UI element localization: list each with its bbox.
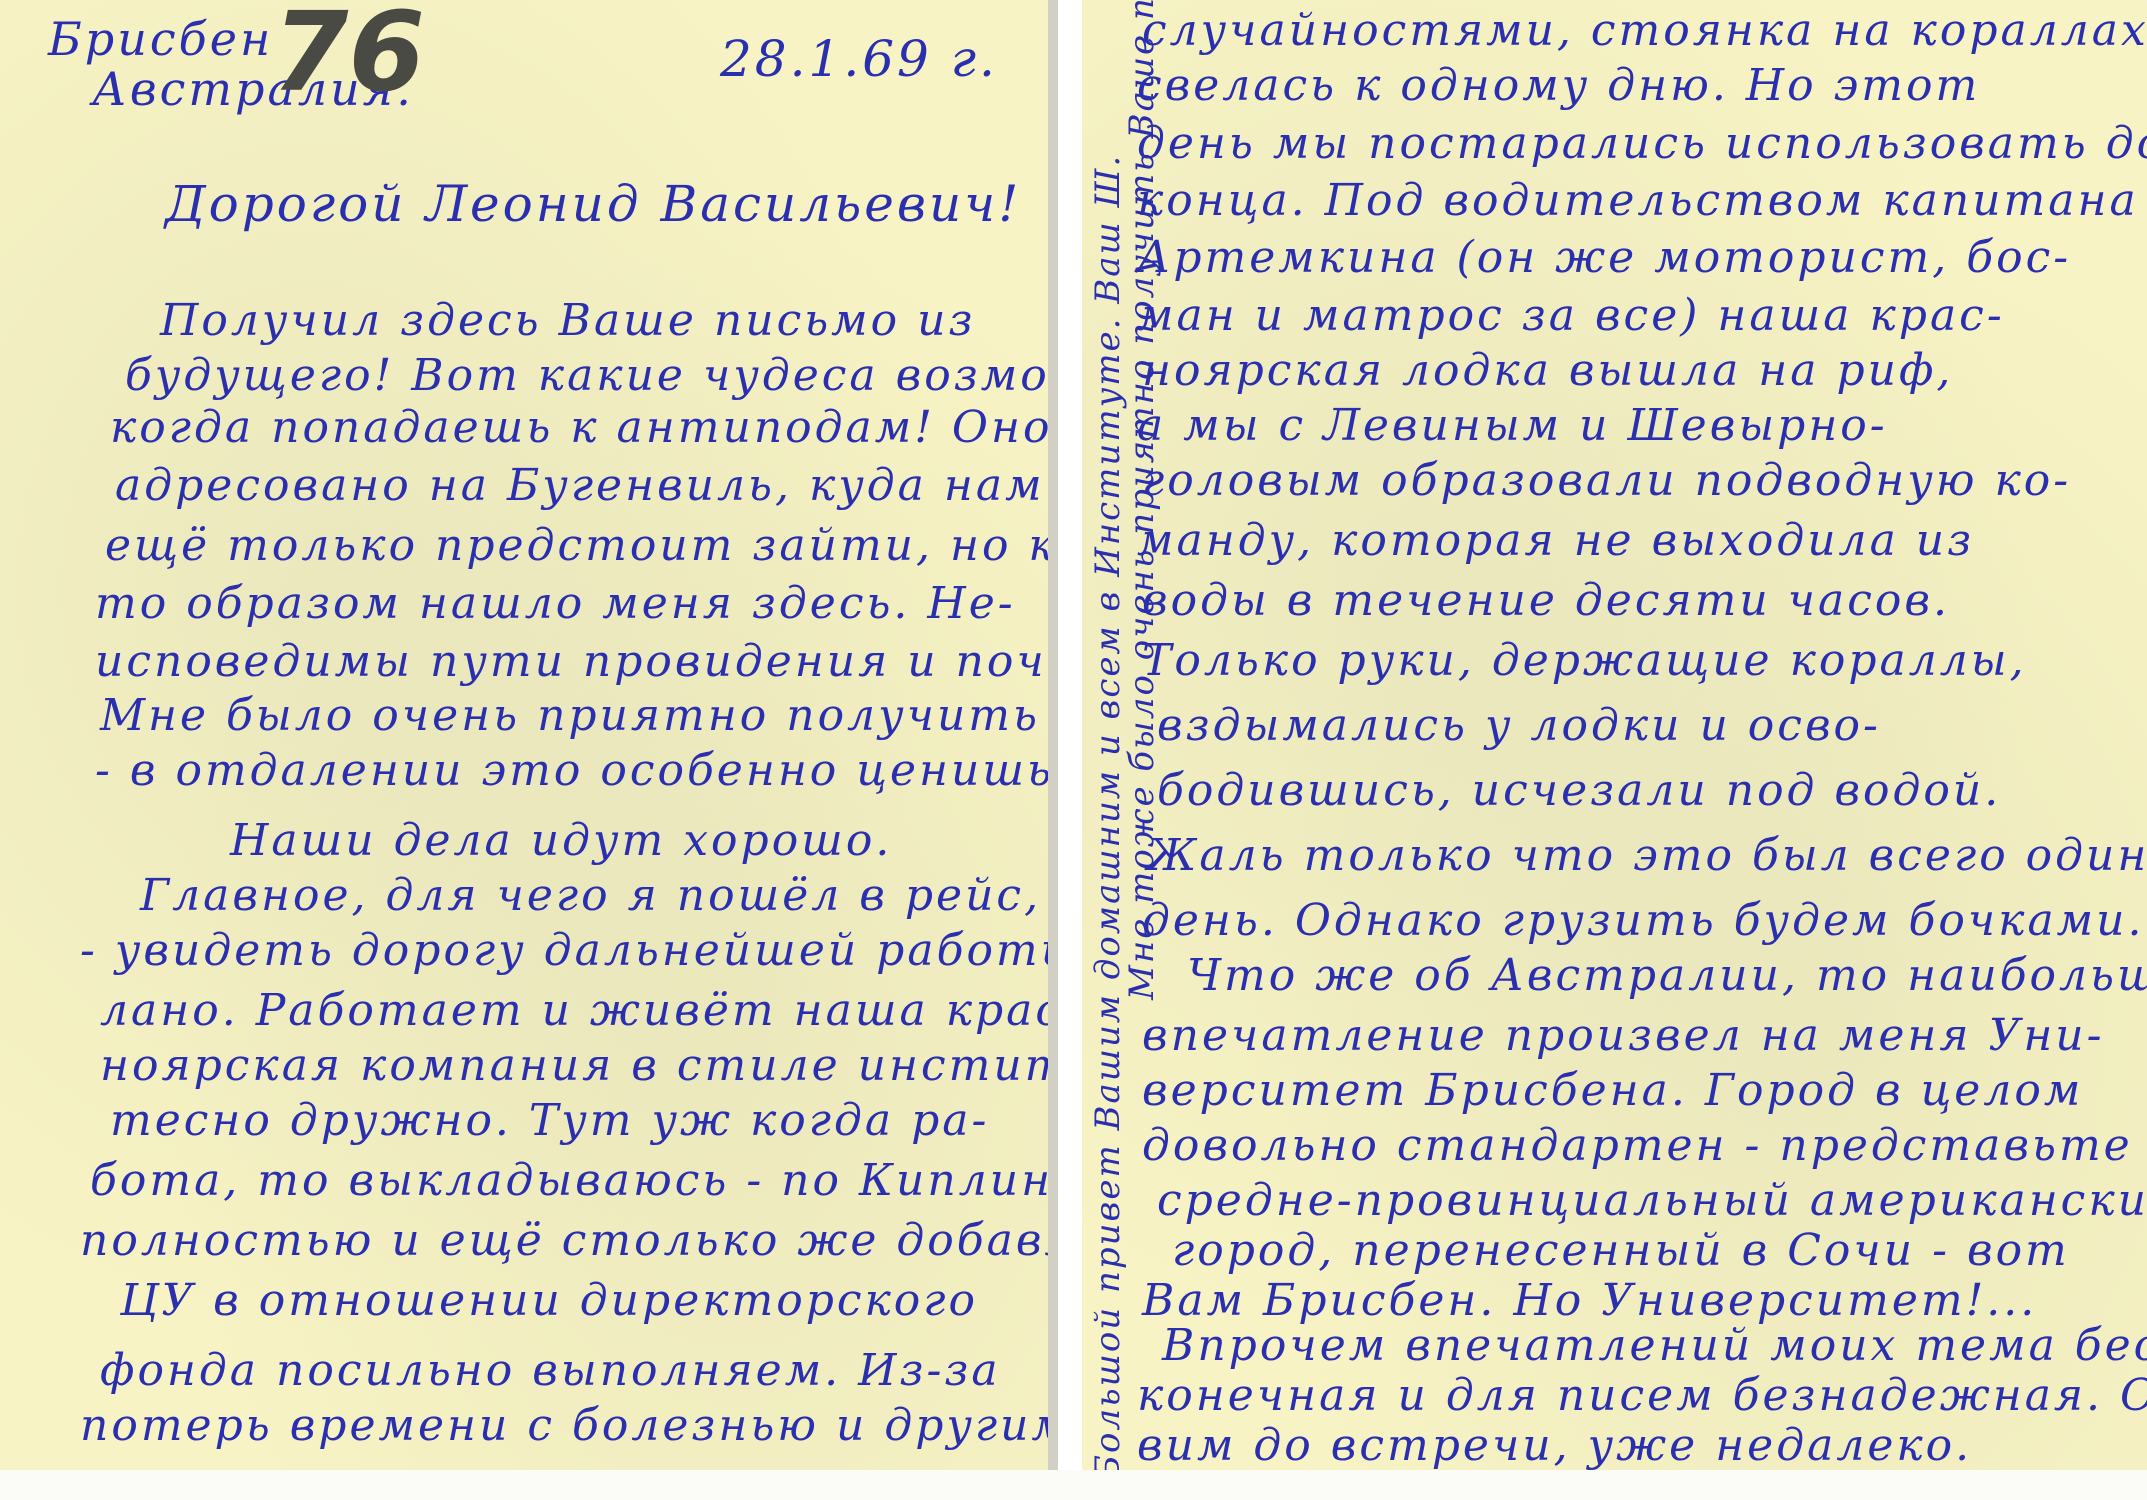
letter-line: ещё только предстоит зайти, но каким- <box>105 520 1205 571</box>
place-line-1: Брисбен <box>48 12 273 66</box>
letter-line: вздымались у лодки и осво- <box>1157 700 1881 751</box>
letter-line: когда попадаешь к антиподам! Оно <box>110 402 1052 453</box>
letter-line: бодившись, исчезали под водой. <box>1157 765 2001 816</box>
letter-line: головым образовали подводную ко- <box>1142 455 2071 506</box>
letter-line: фонда посильно выполняем. Из-за <box>100 1345 1001 1396</box>
letter-line: ЦУ в отношении директорского <box>120 1275 978 1326</box>
letter-line: исповедимы пути провидения и почты. <box>95 636 1147 687</box>
letter-line: Наши дела идут хорошо. <box>230 815 892 866</box>
letter-line: будущего! Вот какие чудеса возможны, <box>125 350 1191 401</box>
letter-line: ман и матрос за все) наша крас- <box>1137 290 2005 341</box>
letter-line: тесно дружно. Тут уж когда ра- <box>110 1095 989 1146</box>
letter-line: день. Однако грузить будем бочками. <box>1142 895 2145 946</box>
letter-line: а мы с Левиным и Шевырно- <box>1137 400 1888 451</box>
letter-line: то образом нашло меня здесь. Не- <box>95 578 1016 629</box>
letter-line: случайностями, стоянка на кораллах <box>1142 5 2147 56</box>
letter-line: Впрочем впечатлений моих тема бес- <box>1162 1320 2147 1371</box>
letter-line: адресовано на Бугенвиль, куда нам <box>115 460 1045 511</box>
letter-line: бота, то выкладываюсь - по Киплингу- <box>90 1155 1125 1206</box>
letter-line: конца. Под водительством капитана <box>1137 175 2139 226</box>
letter-line: лано. Работает и живёт наша крас- <box>100 985 1081 1036</box>
letter-line: впечатление произвел на меня Уни- <box>1142 1010 2105 1061</box>
letter-line: конечная и для писем безнадежная. Оста- <box>1137 1370 2147 1421</box>
letter-line: день мы постарались использовать до <box>1137 118 2147 169</box>
letter-line: средне-провинциальный американский <box>1157 1175 2147 1226</box>
page-gutter <box>1048 0 1082 1500</box>
letter-date: 28.1.69 г. <box>720 30 998 88</box>
letter-line: ноярская лодка вышла на риф, <box>1142 345 1953 396</box>
letter-line: довольно стандартен - представьте себе <box>1142 1120 2147 1171</box>
letter-line: воды в течение десяти часов. <box>1142 575 1950 626</box>
letter-line: Мне было очень приятно получить его - <box>100 690 1176 741</box>
letter-line: Вам Брисбен. Но Университет!... <box>1142 1275 2037 1326</box>
letter-line: Главное, для чего я пошёл в рейс, <box>140 870 1041 921</box>
letter-page-left: Брисбен Австралия. 76 28.1.69 г. Дорогой… <box>0 0 1048 1470</box>
letter-line: вим до встречи, уже недалеко. <box>1137 1420 1972 1471</box>
letter-line: верситет Брисбена. Город в целом <box>1142 1065 2083 1116</box>
page-edge-shadow <box>1048 0 1058 1500</box>
letter-page-right: Большой привет Вашим домашним и всем в И… <box>1082 0 2147 1480</box>
letter-line: потерь времени с болезнью и другими <box>80 1400 1102 1451</box>
letter-line: Что же об Австралии, то наибольшее <box>1187 950 2147 1001</box>
letter-line: город, перенесенный в Сочи - вот <box>1172 1225 2070 1276</box>
letter-line: Только руки, держащие кораллы, <box>1142 635 2027 686</box>
letter-line: ноярская компания в стиле института <box>100 1040 1172 1091</box>
scan-margin-bottom <box>0 1470 2147 1500</box>
salutation: Дорогой Леонид Васильевич! <box>165 175 1021 233</box>
archive-number: 76 <box>272 0 425 116</box>
letter-line: Получил здесь Ваше письмо из <box>160 295 975 346</box>
letter-line: манду, которая не выходила из <box>1137 515 1974 566</box>
letter-line: полностью и ещё столько же добавляю. <box>80 1215 1166 1266</box>
letter-line: - в отдалении это особенно ценишь. <box>95 745 1071 796</box>
letter-line: Артемкина (он же моторист, бос- <box>1137 232 2071 283</box>
letter-line: Жаль только что это был всего один <box>1147 830 2147 881</box>
letter-line: свелась к одному дню. Но этот <box>1137 60 1980 111</box>
